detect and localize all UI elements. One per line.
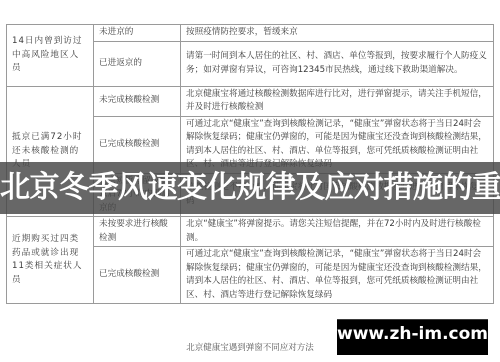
table-row: 14日内曾到访过中高风险地区人员 未进京的 按照疫情防控要求，暂缓来京: [7, 25, 494, 42]
condition-cell: 未按要求进行核酸检测: [94, 217, 181, 247]
measure-cell: 北京“健康宝”将弹窗提示。请您关注短信提醒，并在72小时内及时进行核酸检测。: [181, 217, 494, 247]
condition-cell: 未完成核酸检测: [94, 86, 181, 116]
table-row: 抵京已满72小时还未核酸检测的人员 未完成核酸检测 北京健康宝将通过核酸检测数据…: [7, 86, 494, 116]
measure-cell: 请第一时间到本人居住的社区、村、酒店、单位等报到，按要求履行个人防疫义务；如对弹…: [181, 41, 494, 86]
measure-cell: 北京健康宝将通过核酸检测数据库进行比对，进行弹窗提示，请关注手机短信，并及时进行…: [181, 86, 494, 116]
condition-cell: 已进返京的: [94, 41, 181, 86]
measure-cell: 按照疫情防控要求，暂缓来京: [181, 25, 494, 42]
article-title: 北京冬季风速变化规律及应对措施的重要提示: [0, 166, 500, 210]
category-cell: 14日内曾到访过中高风险地区人员: [7, 25, 94, 87]
category-cell: 近期购买过四类药品或就诊出现11类相关症状人员: [7, 217, 94, 304]
measure-cell: 可通过北京“健康宝”查询到核酸检测记录，“健康宝”弹窗状态将于当日24时会解除恢…: [181, 247, 494, 304]
watermark: www.zh-im.com: [337, 320, 488, 355]
table-row: 近期购买过四类药品或就诊出现11类相关症状人员 未按要求进行核酸检测 北京“健康…: [7, 217, 494, 247]
condition-cell: 未进京的: [94, 25, 181, 42]
condition-cell: 已完成核酸检测: [94, 247, 181, 304]
